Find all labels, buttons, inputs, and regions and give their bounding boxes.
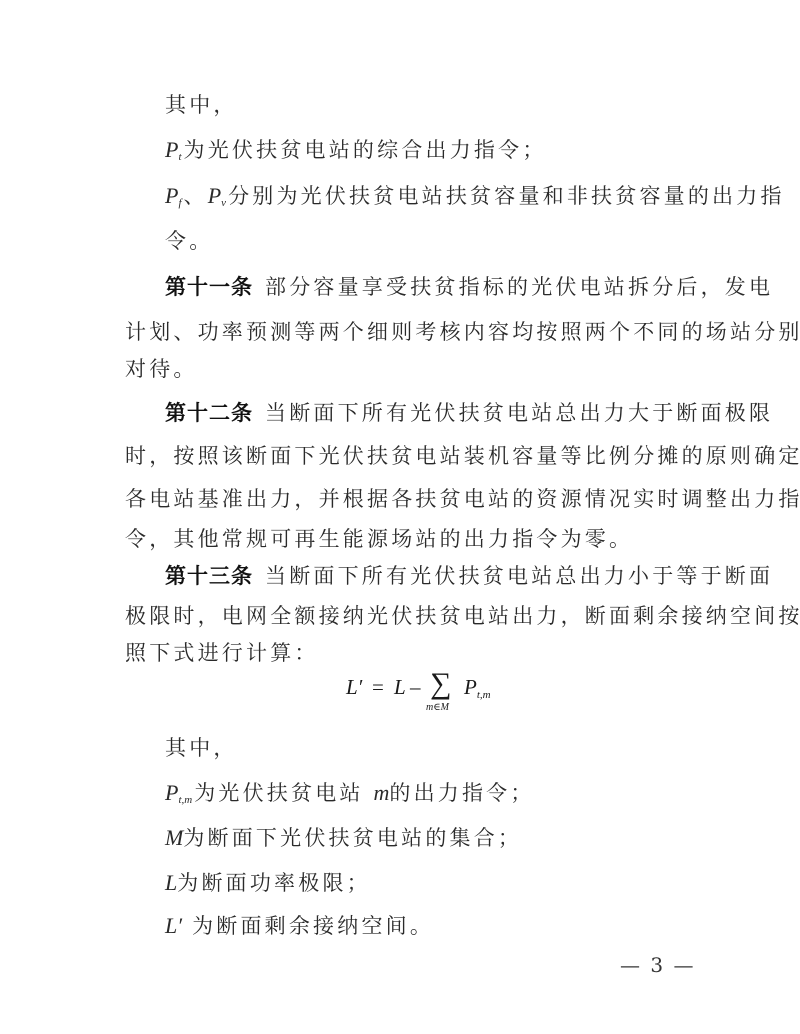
formula-lhs: L′ [346,675,362,700]
article-12: 第十二条当断面下所有光伏扶贫电站总出力大于断面极限 [165,400,773,426]
where-label-2: 其中， [165,735,238,761]
article-heading: 第十三条 [165,564,253,588]
document-page: 其中， Pt为光伏扶贫电站的综合出力指令； Pf、Pv分别为光伏扶贫电站扶贫容量… [0,0,800,1034]
definition-text: 令。 [165,229,213,253]
article-11-line-3: 对待。 [125,356,198,382]
variable-l-prime: L′ [165,913,182,938]
article-heading: 第十一条 [165,275,253,299]
formula-equals: = [372,675,384,700]
article-13-line-3: 照下式进行计算： [125,640,319,666]
variable-p: P [165,137,178,162]
subscript-f: f [178,197,181,209]
article-text: 极限时，电网全额接纳光伏扶贫电站出力，断面剩余接纳空间按 [125,604,800,628]
subscript-v: v [221,197,226,209]
article-text: 令，其他常规可再生能源场站的出力指令为零。 [125,527,633,551]
definition-text: 为光伏扶贫电站的综合出力指令； [184,138,547,162]
definition-l: L为断面功率极限； [165,870,371,896]
article-text: 部分容量享受扶贫指标的光伏电站拆分后，发电 [265,275,773,299]
definition-text: 为断面剩余接纳空间。 [192,914,434,938]
definition-ptm: Pt,m为光伏扶贫电站 m的出力指令； [165,780,535,813]
separator: 、 [184,184,208,208]
variable-m-set: M [165,825,183,850]
subscript-t: t [178,151,181,163]
where-text: 其中， [165,736,238,760]
article-12-line-2: 时，按照该断面下光伏扶贫电站装机容量等比例分摊的原则确定 [125,443,800,469]
definition-text: 为光伏扶贫电站 [194,781,373,805]
article-text: 各电站基准出力，并根据各扶贫电站的资源情况实时调整出力指 [125,487,800,511]
article-13-line-2: 极限时，电网全额接纳光伏扶贫电站出力，断面剩余接纳空间按 [125,603,800,629]
formula-minus: – [410,675,421,700]
definition-text: 分别为光伏扶贫电站扶贫容量和非扶贫容量的出力指 [228,184,785,208]
article-text: 对待。 [125,357,198,381]
definition-l-prime: L′为断面剩余接纳空间。 [165,913,434,939]
definition-pt: Pt为光伏扶贫电站的综合出力指令； [165,137,547,170]
variable-pf: P [165,183,178,208]
article-heading: 第十二条 [165,401,253,425]
formula-p-var: P [464,675,477,699]
sigma-symbol: ∑ [430,669,451,699]
variable-l: L [165,870,177,895]
definition-text: 为断面下光伏扶贫电站的集合； [183,826,522,850]
article-text: 照下式进行计算： [125,641,319,665]
article-12-line-3: 各电站基准出力，并根据各扶贫电站的资源情况实时调整出力指 [125,486,800,512]
definition-pf-pv: Pf、Pv分别为光伏扶贫电站扶贫容量和非扶贫容量的出力指 [165,183,785,216]
definition-m: M为断面下光伏扶贫电站的集合； [165,825,522,851]
article-11: 第十一条部分容量享受扶贫指标的光伏电站拆分后，发电 [165,274,773,300]
definition-text: 为断面功率极限； [177,871,371,895]
article-text: 当断面下所有光伏扶贫电站总出力大于断面极限 [265,401,773,425]
article-13: 第十三条当断面下所有光伏扶贫电站总出力小于等于断面 [165,563,773,589]
where-text: 其中， [165,93,238,117]
formula-p-subscript: t,m [477,689,491,701]
definition-pf-pv-continued: 令。 [165,228,213,254]
article-12-line-4: 令，其他常规可再生能源场站的出力指令为零。 [125,526,633,552]
sigma-subscript: m∈M [426,702,449,713]
formula-p: Pt,m [464,675,491,701]
subscript-tm: t,m [178,794,192,806]
article-text: 当断面下所有光伏扶贫电站总出力小于等于断面 [265,564,773,588]
variable-pv: P [208,183,221,208]
variable-m: m [373,780,389,805]
article-11-line-2: 计划、功率预测等两个细则考核内容均按照两个不同的场站分别 [125,319,800,345]
article-text: 时，按照该断面下光伏扶贫电站装机容量等比例分摊的原则确定 [125,444,800,468]
where-label-1: 其中， [165,92,238,118]
definition-text: 的出力指令； [389,781,534,805]
variable-p: P [165,780,178,805]
article-text: 计划、功率预测等两个细则考核内容均按照两个不同的场站分别 [125,320,800,344]
page-number: — 3 — [620,953,695,977]
formula-l: L [394,675,406,700]
